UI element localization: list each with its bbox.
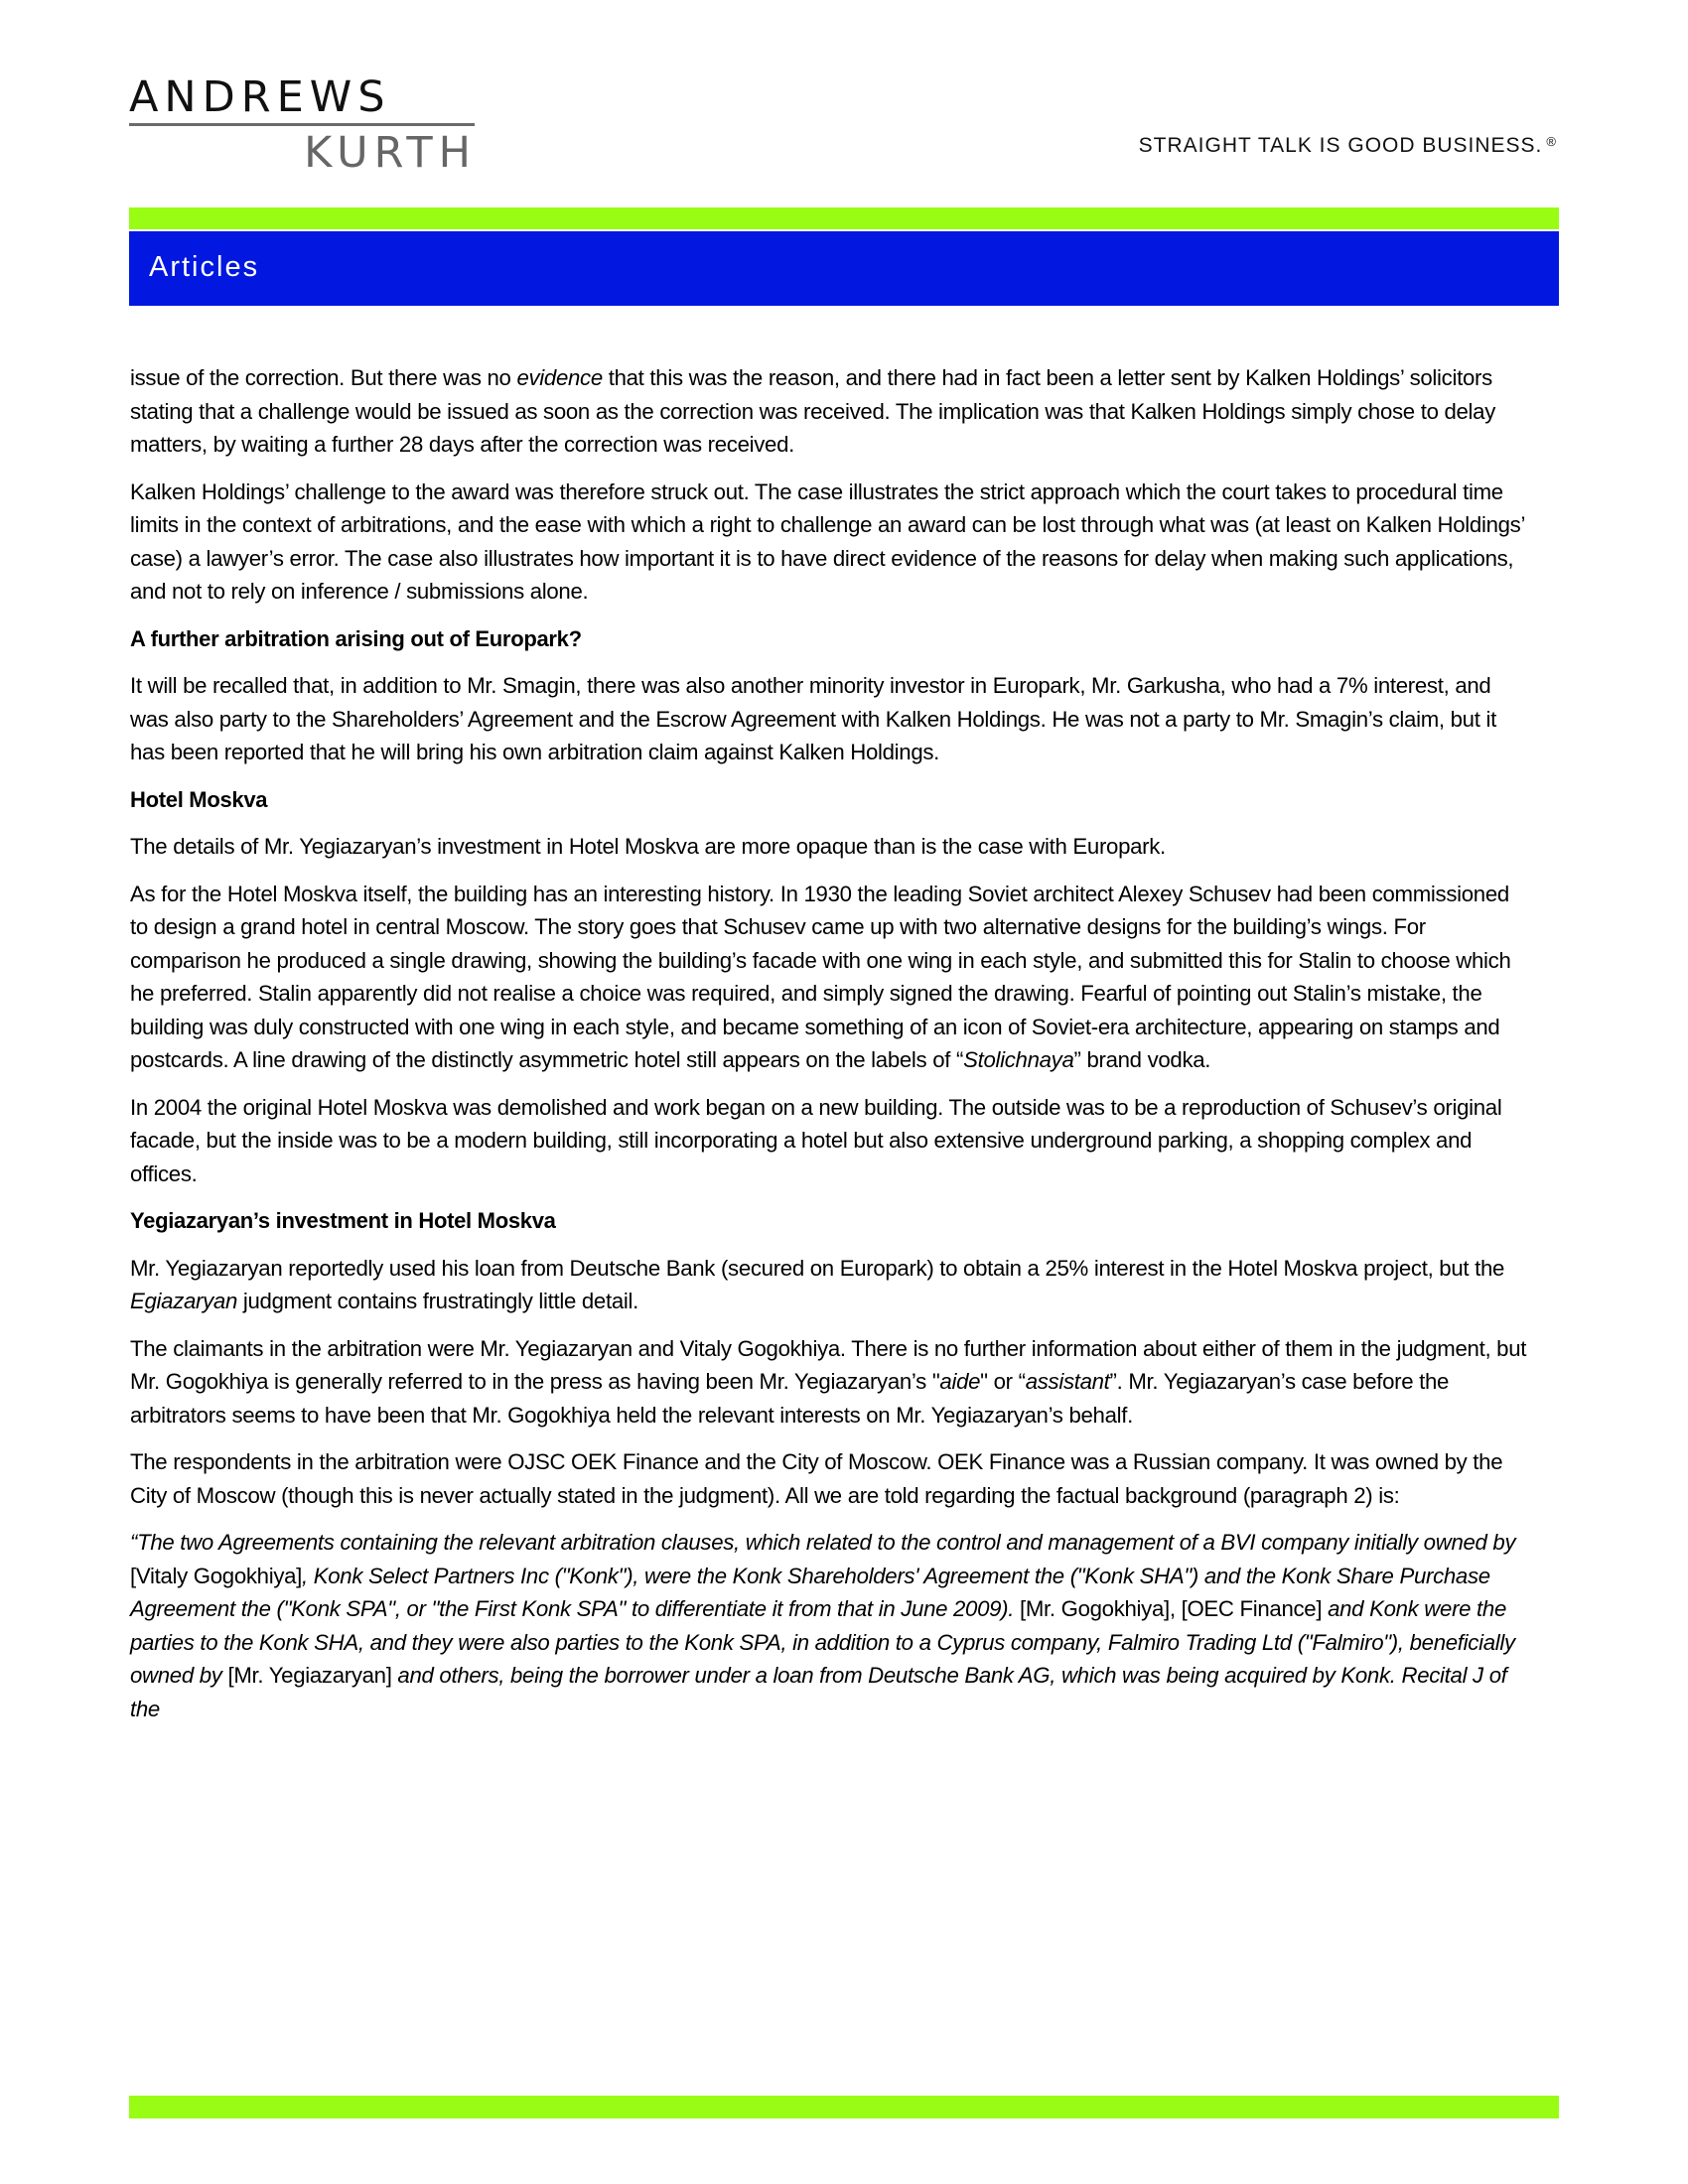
tagline-text: STRAIGHT TALK IS GOOD BUSINESS. [1139, 134, 1543, 157]
paragraph: The respondents in the arbitration were … [130, 1445, 1530, 1512]
logo-kurth: KURTH [304, 129, 477, 177]
top-green-bar [129, 207, 1559, 229]
registered-mark-icon: ® [1546, 134, 1557, 149]
paragraph: Mr. Yegiazaryan reportedly used his loan… [130, 1252, 1530, 1318]
paragraph: In 2004 the original Hotel Moskva was de… [130, 1091, 1530, 1191]
paragraph: Kalken Holdings’ challenge to the award … [130, 476, 1530, 609]
paragraph: It will be recalled that, in addition to… [130, 669, 1530, 769]
tagline: STRAIGHT TALK IS GOOD BUSINESS.® [1139, 134, 1557, 158]
section-banner: Articles [129, 231, 1559, 306]
block-quote: “The two Agreements containing the relev… [130, 1526, 1530, 1725]
section-title: Articles [149, 251, 259, 284]
paragraph: As for the Hotel Moskva itself, the buil… [130, 878, 1530, 1077]
logo-andrews: ANDREWS [129, 73, 391, 121]
subheading-hotel-moskva: Hotel Moskva [130, 783, 1530, 817]
andrews-kurth-logo: ANDREWS KURTH [129, 73, 477, 173]
subheading-further-arbitration: A further arbitration arising out of Eur… [130, 622, 1530, 656]
paragraph: The claimants in the arbitration were Mr… [130, 1332, 1530, 1433]
bottom-green-bar [129, 2096, 1559, 2118]
article-body: issue of the correction. But there was n… [130, 361, 1530, 1739]
paragraph: issue of the correction. But there was n… [130, 361, 1530, 462]
logo-divider [129, 123, 475, 126]
paragraph: The details of Mr. Yegiazaryan’s investm… [130, 830, 1530, 864]
subheading-yegiazaryan-investment: Yegiazaryan’s investment in Hotel Moskva [130, 1204, 1530, 1238]
